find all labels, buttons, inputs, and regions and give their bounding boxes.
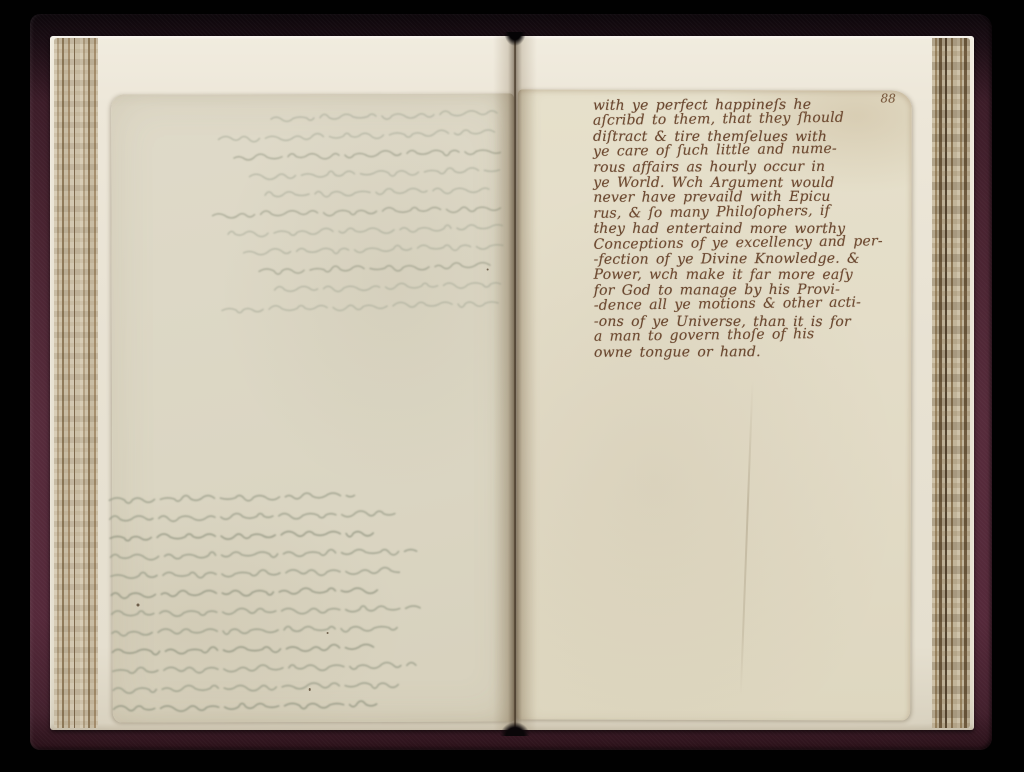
handwriting-line: ye care of ſuch little and nume- xyxy=(593,141,915,160)
manuscript-text-block: with ye perfect happineſs heaſcribd to t… xyxy=(593,97,916,360)
handwriting-line: -fection of ye Divine Knowledge. & xyxy=(594,251,916,268)
left-page-edges xyxy=(54,38,98,728)
right-page-edges xyxy=(932,38,970,728)
gutter-bottom-notch xyxy=(500,722,530,736)
handwriting-line: -dence all ye motions & other acti- xyxy=(594,295,916,314)
handwriting-line: owne tongue or hand. xyxy=(594,344,916,361)
handwriting-line: rous affairs as hourly occur in xyxy=(593,159,915,176)
handwriting-line: rus, & ſo many Philoſophers, if xyxy=(593,203,915,222)
handwriting-line: Power, wch make it far more eaſy xyxy=(594,268,916,284)
handwriting-line: Conceptions of ye excellency and per- xyxy=(593,234,915,253)
showthrough-text-bottom xyxy=(106,483,435,717)
left-manuscript-page xyxy=(111,93,516,722)
foxing-speck xyxy=(487,269,489,271)
foxing-speck xyxy=(137,603,140,606)
handwriting-line: aſcribd to them, that they ſhould xyxy=(593,110,915,129)
foxing-speck xyxy=(327,632,329,634)
handwriting-line: ye World. Wch Argument would xyxy=(593,176,915,192)
foxing-speck xyxy=(309,688,311,691)
showthrough-text-top xyxy=(200,102,506,319)
photo-stage: 88 with ye perfect happineſs heaſcribd t… xyxy=(0,0,1024,772)
handwriting-line: a man to govern thoſe of his xyxy=(594,326,916,345)
gutter-top-notch xyxy=(504,32,526,46)
right-manuscript-page: 88 with ye perfect happineſs heaſcribd t… xyxy=(516,89,912,720)
paper-crease xyxy=(739,380,753,695)
